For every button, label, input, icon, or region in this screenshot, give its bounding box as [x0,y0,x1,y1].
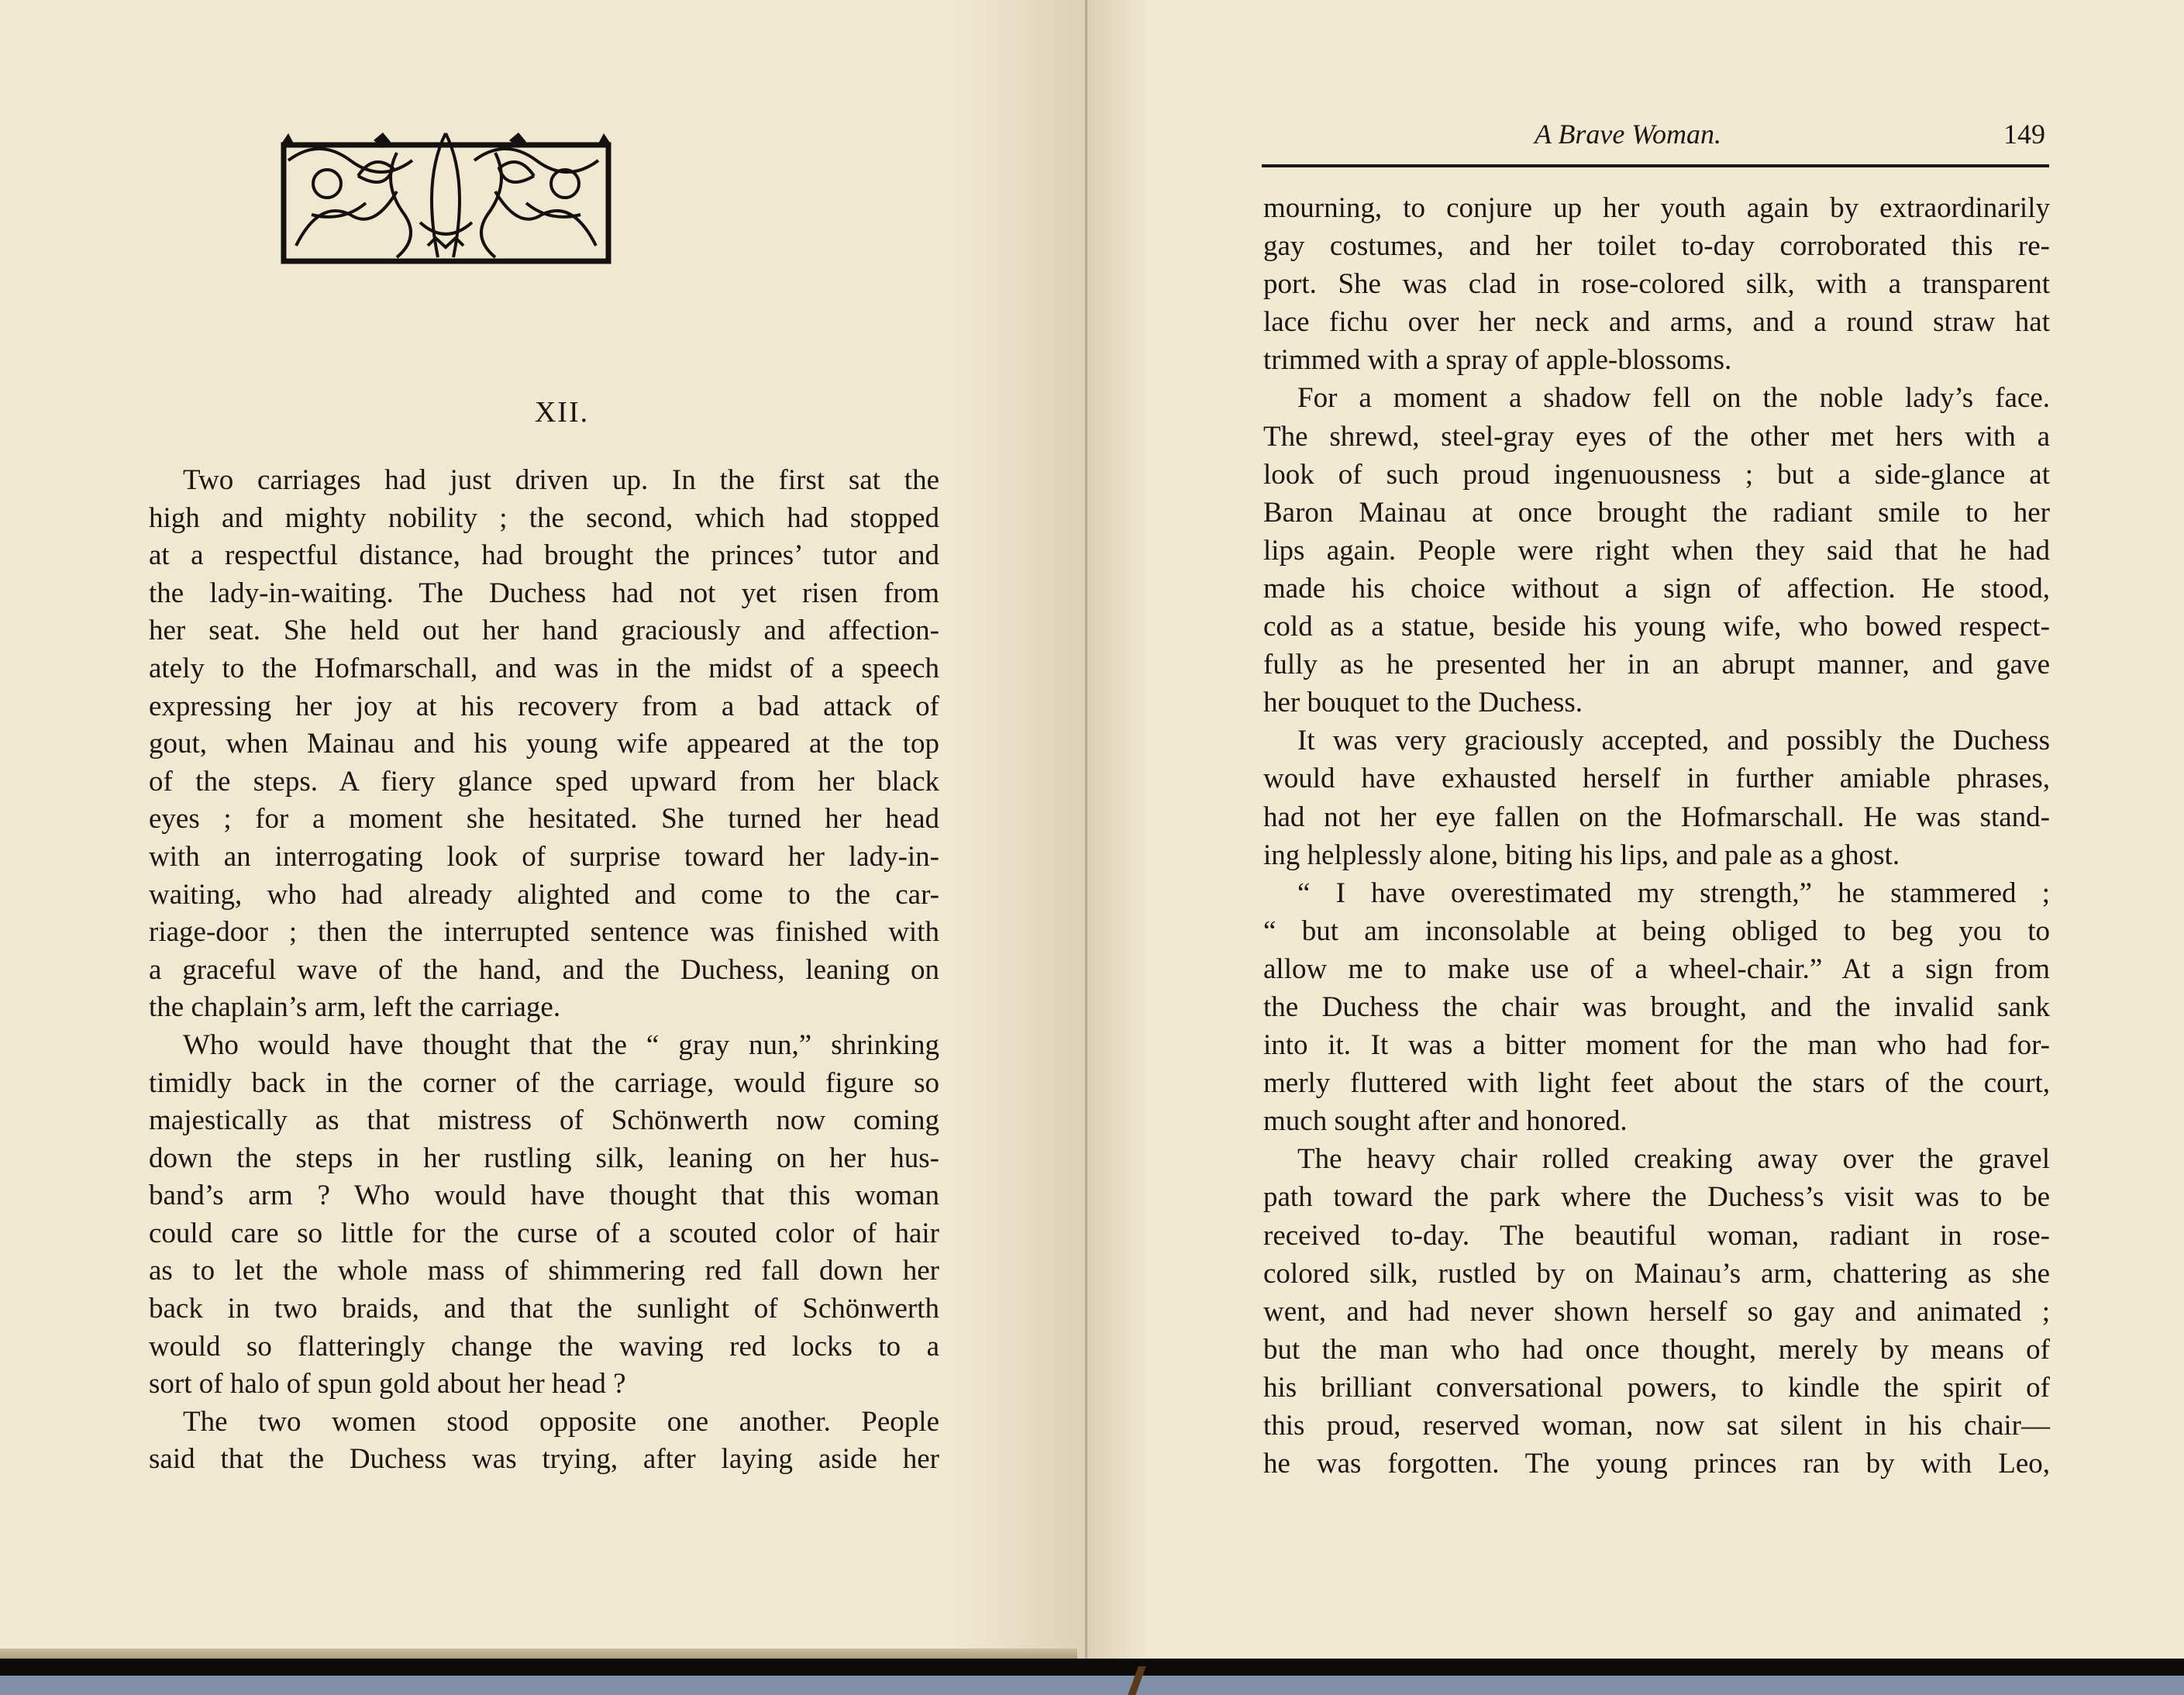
text-line: high and mighty nobility ; the second, w… [149,500,939,538]
text-line: ing helplessly alone, biting his lips, a… [1263,836,2050,874]
text-line: cold as a statue, beside his young wife,… [1263,608,2050,646]
text-line: with an interrogating look of surprise t… [149,839,939,877]
text-line: had not her eye fallen on the Hofmarscha… [1263,798,2050,836]
text-line: gay costumes, and her toilet to-day corr… [1263,227,2050,265]
text-line: said that the Duchess was trying, after … [149,1441,939,1479]
text-line: allow me to make use of a wheel-chair.” … [1263,950,2050,988]
text-line: It was very graciously accepted, and pos… [1263,722,2050,760]
text-line: her seat. She held out her hand gracious… [149,612,939,650]
text-line: at a respectful distance, had brought th… [149,537,939,575]
book-spine-gutter [1085,0,1087,1659]
text-line: eyes ; for a moment she hesitated. She t… [149,801,939,839]
text-line: her bouquet to the Duchess. [1263,684,2050,722]
text-line: band’s arm ? Who would have thought that… [149,1177,939,1215]
text-line: lace fichu over her neck and arms, and a… [1263,303,2050,341]
right-page-body-text: mourning, to conjure up her youth again … [1263,189,2050,1483]
text-line: as to let the whole mass of shimmering r… [149,1252,939,1290]
text-line: The two women stood opposite one another… [149,1404,939,1442]
text-line: would so flatteringly change the waving … [149,1328,939,1366]
text-line: expressing her joy at his recovery from … [149,688,939,726]
open-book: XII. Two carriages had just driven up. I… [0,0,2184,1666]
text-line: Two carriages had just driven up. In the… [149,462,939,500]
chapter-number: XII. [0,395,1124,429]
text-line: went, and had never shown herself so gay… [1263,1293,2050,1331]
text-line: received to-day. The beautiful woman, ra… [1263,1217,2050,1255]
text-line: the chaplain’s arm, left the carriage. [149,989,939,1027]
headpiece-ornament-icon [281,129,611,269]
text-line: he was forgotten. The young princes ran … [1263,1445,2050,1483]
text-line: but the man who had once thought, merely… [1263,1331,2050,1369]
text-line: made his choice without a sign of affect… [1263,570,2050,608]
page-number: 149 [2003,118,2045,150]
running-header: A Brave Woman. 149 [1263,118,2050,157]
running-title: A Brave Woman. [1535,118,1721,150]
text-line: colored silk, rustled by on Mainau’s arm… [1263,1255,2050,1293]
text-line: back in two braids, and that the sunligh… [149,1290,939,1328]
text-line: “ but am inconsolable at being obliged t… [1263,912,2050,950]
text-line: down the steps in her rustling silk, lea… [149,1140,939,1178]
text-line: mourning, to conjure up her youth again … [1263,189,2050,227]
left-page-body-text: Two carriages had just driven up. In the… [149,462,939,1479]
text-line: merly fluttered with light feet about th… [1263,1064,2050,1102]
text-line: “ I have overestimated my strength,” he … [1263,874,2050,912]
text-line: port. She was clad in rose-colored silk,… [1263,265,2050,303]
text-line: trimmed with a spray of apple-blossoms. [1263,341,2050,379]
text-line: lips again. People were right when they … [1263,532,2050,570]
text-line: this proud, reserved woman, now sat sile… [1263,1407,2050,1445]
text-line: The heavy chair rolled creaking away ove… [1263,1140,2050,1178]
text-line: of the steps. A fiery glance sped upward… [149,763,939,801]
text-line: The shrewd, steel-gray eyes of the other… [1263,418,2050,456]
header-rule [1262,164,2049,167]
text-line: his brilliant conversational powers, to … [1263,1369,2050,1407]
text-line: waiting, who had already alighted and co… [149,877,939,915]
text-line: fully as he presented her in an abrupt m… [1263,646,2050,684]
text-line: sort of halo of spun gold about her head… [149,1366,939,1404]
text-line: ately to the Hofmarschall, and was in th… [149,650,939,688]
text-line: the lady-in-waiting. The Duchess had not… [149,575,939,613]
left-page: XII. Two carriages had just driven up. I… [0,0,1085,1659]
book-cover-edge [0,1659,2184,1676]
page-edges [0,1648,1077,1659]
text-line: Who would have thought that the “ gray n… [149,1027,939,1065]
text-line: would have exhausted herself in further … [1263,760,2050,798]
text-line: could care so little for the curse of a … [149,1215,939,1253]
text-line: For a moment a shadow fell on the noble … [1263,379,2050,417]
text-line: much sought after and honored. [1263,1102,2050,1140]
text-line: the Duchess the chair was brought, and t… [1263,988,2050,1026]
text-line: riage-door ; then the interrupted senten… [149,914,939,952]
text-line: Baron Mainau at once brought the radiant… [1263,494,2050,532]
text-line: timidly back in the corner of the carria… [149,1065,939,1103]
text-line: path toward the park where the Duchess’s… [1263,1178,2050,1216]
text-line: look of such proud ingenuousness ; but a… [1263,456,2050,494]
text-line: gout, when Mainau and his young wife app… [149,725,939,763]
text-line: a graceful wave of the hand, and the Duc… [149,952,939,990]
text-line: majestically as that mistress of Schönwe… [149,1102,939,1140]
text-line: into it. It was a bitter moment for the … [1263,1026,2050,1064]
